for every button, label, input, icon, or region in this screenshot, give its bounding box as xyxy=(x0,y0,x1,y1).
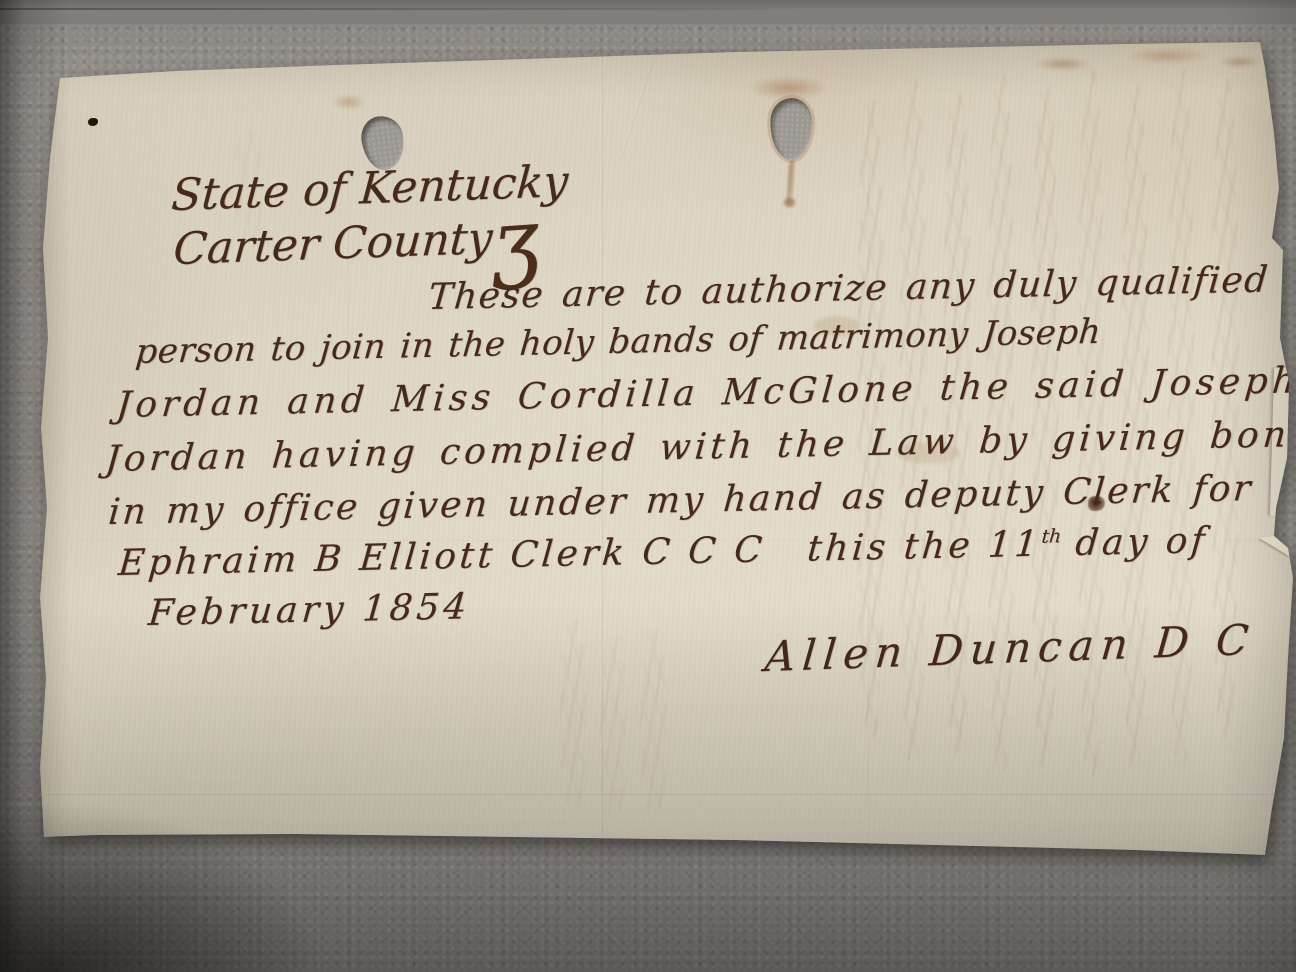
clerk-attestation-text: Ephraim B Elliott Clerk C C C xyxy=(117,529,767,584)
stain-mark xyxy=(784,198,795,207)
signature-allen-duncan: Allen Duncan D C xyxy=(763,619,1257,678)
heading-county-line: Carter County xyxy=(172,217,494,272)
date-ordinal-superscript: th xyxy=(1041,526,1062,547)
body-line-6: Ephraim B Elliott Clerk C C Cthis the 11… xyxy=(117,523,1209,582)
stain-streak xyxy=(786,158,794,202)
date-phrase-text: this the 11 xyxy=(806,524,1043,570)
paper-document-wrapper: State of Kentucky Carter County ʒ These … xyxy=(36,38,1296,864)
bleedthrough-ghost-writing xyxy=(640,628,666,813)
photograph-of-document: State of Kentucky Carter County ʒ These … xyxy=(0,0,1296,972)
stain-mark xyxy=(1011,40,1271,80)
body-line-7-date: February 1854 xyxy=(147,589,472,632)
stain-mark xyxy=(748,76,828,100)
surface-top-edge-band xyxy=(0,0,1296,24)
date-phrase-tail: day of xyxy=(1059,520,1210,564)
body-line-4: Jordan having complied with the Law by g… xyxy=(104,417,1296,478)
paper-document: State of Kentucky Carter County ʒ These … xyxy=(36,38,1296,864)
wrinkle-crease xyxy=(619,54,656,160)
heading-brace-flourish: ʒ xyxy=(488,197,542,286)
corner-fold-triangle xyxy=(1259,534,1289,559)
body-line-3: Jordan and Miss Cordilla McGlone the sai… xyxy=(115,363,1296,424)
fold-crease-horizontal xyxy=(46,792,1276,795)
bleedthrough-ghost-writing xyxy=(560,618,586,808)
body-line-1: These are to authorize any duly qualifie… xyxy=(427,262,1270,316)
surface-seam-line xyxy=(0,8,804,10)
punch-hole-right xyxy=(768,97,813,161)
line-gap xyxy=(764,561,806,562)
stain-mark xyxy=(332,94,366,110)
bleedthrough-ghost-writing xyxy=(600,638,626,818)
body-line-2: person to join in the holy bands of matr… xyxy=(134,315,1102,369)
dark-speck xyxy=(88,118,98,126)
